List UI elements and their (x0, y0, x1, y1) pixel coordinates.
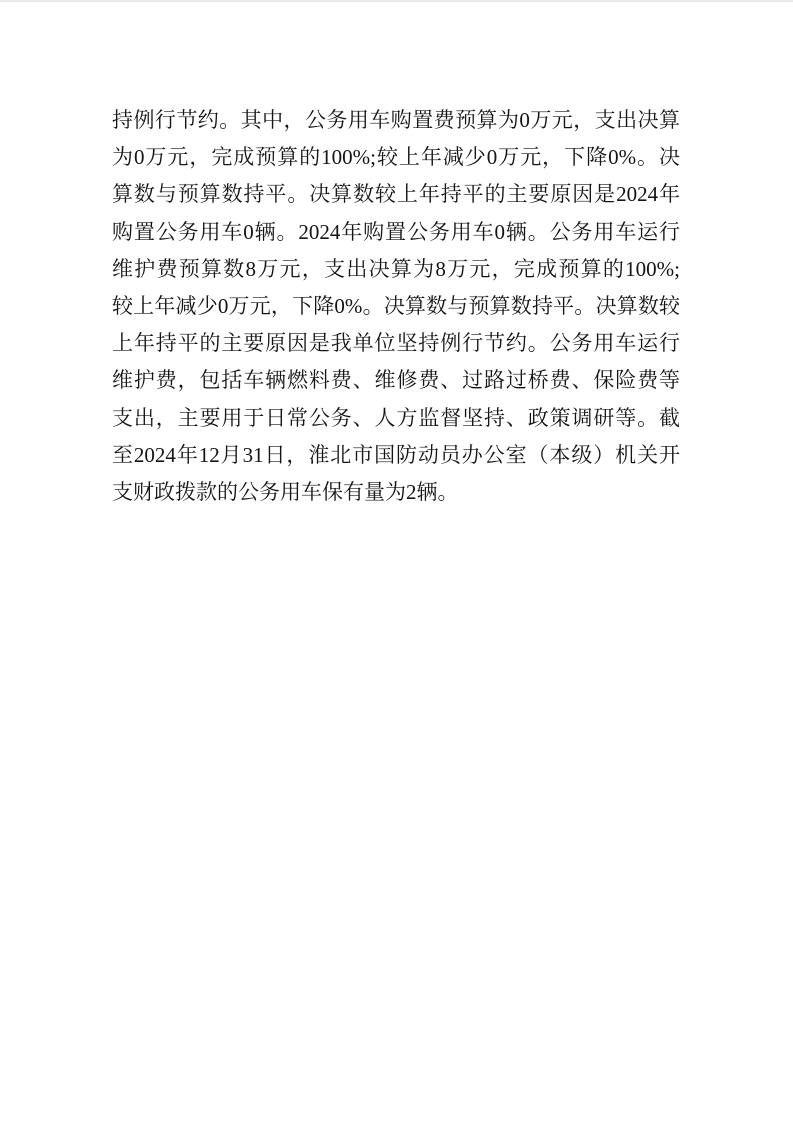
page-top-edge-line (0, 0, 793, 2)
paragraph-line-2: 为0万元，完成预算的100%;较上年减少0万元，下降0%。决 (112, 139, 680, 176)
paragraph-line-7: 上年持平的主要原因是我单位坚持例行节约。公务用车运行 (112, 325, 680, 362)
paragraph-line-10: 至2024年12月31日，淮北市国防动员办公室（本级）机关开 (112, 437, 680, 474)
paragraph-line-1: 持例行节约。其中，公务用车购置费预算为0万元，支出决算 (112, 102, 680, 139)
document-page: 持例行节约。其中，公务用车购置费预算为0万元，支出决算为0万元，完成预算的100… (0, 0, 793, 1122)
paragraph-line-8: 维护费，包括车辆燃料费、维修费、过路过桥费、保险费等 (112, 362, 680, 399)
paragraph-line-11: 支财政拨款的公务用车保有量为2辆。 (112, 474, 680, 511)
paragraph-line-9: 支出，主要用于日常公务、人方监督坚持、政策调研等。截 (112, 400, 680, 437)
body-paragraph: 持例行节约。其中，公务用车购置费预算为0万元，支出决算为0万元，完成预算的100… (112, 102, 680, 511)
paragraph-line-4: 购置公务用车0辆。2024年购置公务用车0辆。公务用车运行 (112, 214, 680, 251)
paragraph-line-3: 算数与预算数持平。决算数较上年持平的主要原因是2024年 (112, 176, 680, 213)
paragraph-line-6: 较上年减少0万元，下降0%。决算数与预算数持平。决算数较 (112, 288, 680, 325)
paragraph-line-5: 维护费预算数8万元，支出决算为8万元，完成预算的100%; (112, 251, 680, 288)
